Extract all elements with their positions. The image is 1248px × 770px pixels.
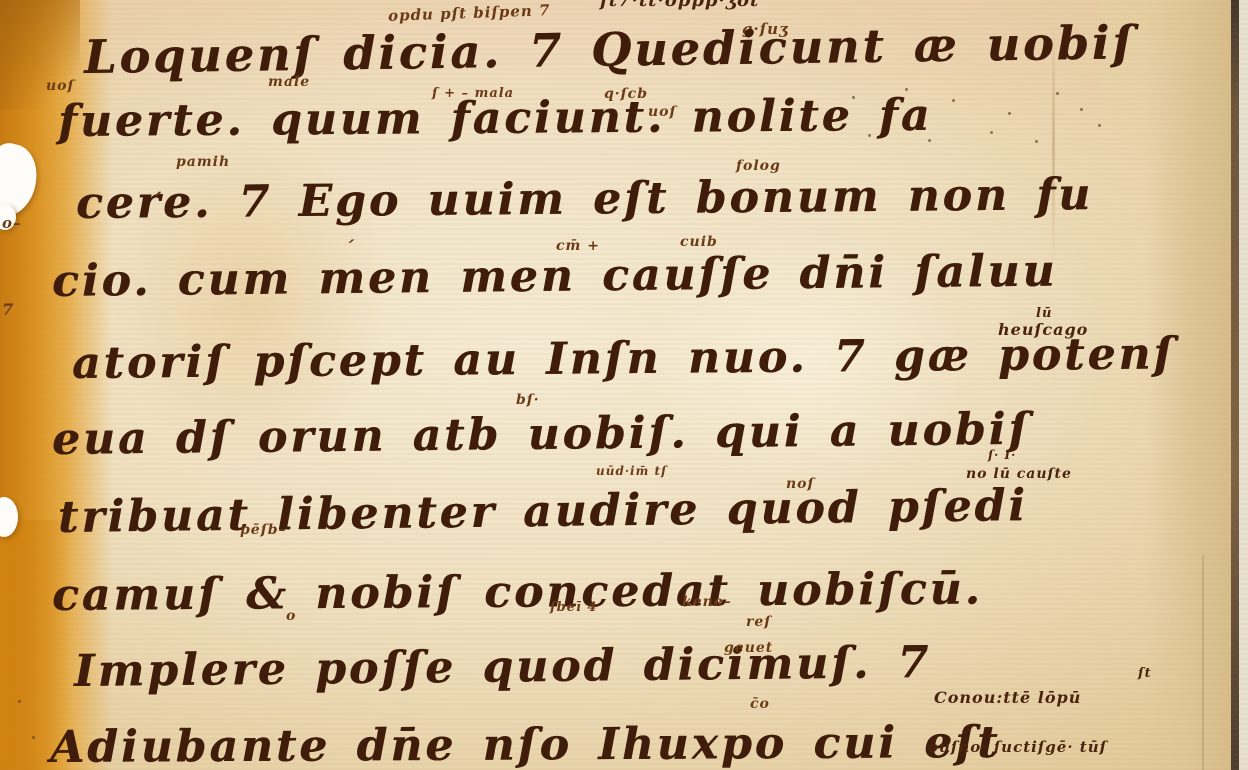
margin-note: lū — [1036, 306, 1052, 321]
interlinear-gloss: reſ — [746, 614, 771, 630]
manuscript-line: tribuat libenter audire quod pſedi — [58, 480, 1029, 543]
interlinear-gloss: c̄o — [750, 696, 770, 712]
manuscript-line: Implere poſſe quod dicimuſ. 7 — [74, 637, 932, 697]
margin-note: ſt — [1138, 666, 1152, 681]
interlinear-gloss: cm̄ + — [556, 238, 600, 254]
margin-note: ſ· I· — [988, 448, 1016, 462]
interlinear-gloss: cuib — [680, 234, 718, 250]
interlinear-gloss: kene– — [682, 594, 732, 610]
interlinear-gloss: male — [268, 74, 310, 90]
left-margin-mark: 7 — [2, 300, 14, 319]
margin-note: Conou:ttē lōpū — [934, 688, 1081, 707]
interlinear-gloss: ſ + – mala — [432, 86, 514, 101]
page-right-edge — [1231, 0, 1239, 770]
page-right-background — [1239, 0, 1248, 770]
interlinear-gloss: uūd·im̄ tſ — [596, 464, 667, 478]
manuscript-line: cio. cum men men cauſſe dn̄i ſaluu — [52, 245, 1058, 307]
interlinear-gloss: bſ· — [516, 392, 540, 408]
interlinear-gloss: noſ — [786, 476, 815, 492]
interlinear-gloss: pēſb– — [240, 522, 287, 538]
interlinear-gloss: ſbeī 4 — [550, 600, 597, 615]
interlinear-gloss: geuet — [724, 640, 773, 656]
interlinear-gloss: uoſ — [46, 78, 75, 94]
interlinear-gloss: q·ſcb — [604, 86, 648, 102]
interlinear-gloss: o — [286, 608, 296, 624]
manuscript-line: camuſ & nobiſ concedat uobiſcū. — [52, 564, 983, 621]
margin-note: no lū cauſte — [966, 466, 1072, 482]
manuscript-line: Adiubante dn̄e nſo Ihuxpo cui eſt — [50, 717, 1001, 770]
manuscript-line: eua dſ orun atb uobiſ. qui a uobiſ — [52, 404, 1031, 465]
left-margin-mark: o– — [2, 214, 22, 232]
margin-note: heuſcago — [998, 320, 1088, 339]
interlinear-gloss: pamih — [176, 154, 230, 170]
cropped-top-line: ſt7·tt·oppp·ʒot — [600, 0, 759, 11]
accent-stroke: ´ — [344, 236, 355, 260]
accent-stroke: ´ — [150, 190, 162, 216]
margin-note: ouſno· ſuctiſgē· tūſ — [928, 738, 1107, 756]
manuscript-page: opdu pſt biſpen 7 ſt7·tt·oppp·ʒot g·ſuʒ … — [0, 0, 1248, 770]
interlinear-gloss: uoſ — [648, 104, 677, 120]
manuscript-line: cere. 7 Ego uuim eſt bonum non fu — [76, 169, 1094, 229]
interlinear-gloss: folog — [736, 158, 781, 174]
page-right-band — [1146, 0, 1232, 770]
